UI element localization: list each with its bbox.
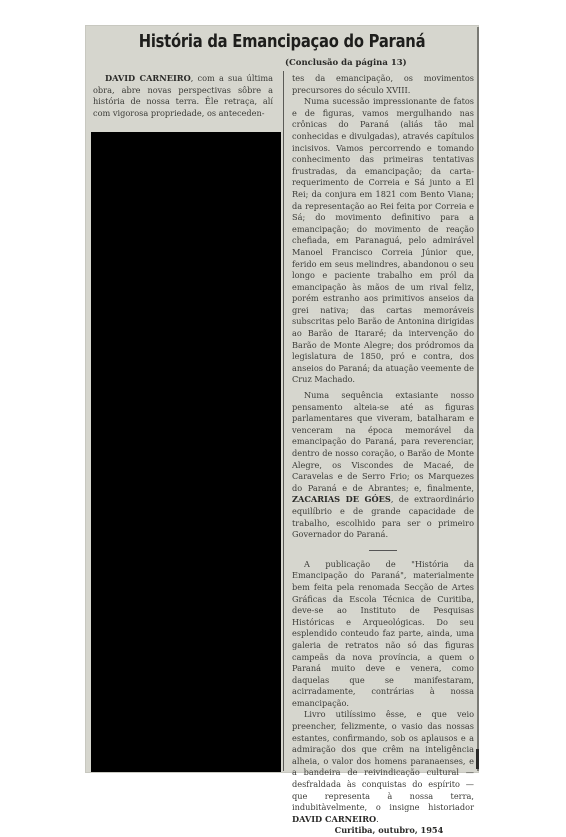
newspaper-clipping: História da Emancipaçao do Paraná (Concl… <box>85 25 479 773</box>
left-paragraph: DAVID CARNEIRO, com a sua última obra, a… <box>93 73 273 119</box>
continuation-note: (Conclusão da página 13) <box>285 58 407 68</box>
section-separator <box>369 550 397 551</box>
paragraph-1: tes da emancipação, os movimentos precur… <box>292 73 474 96</box>
paragraph-3: Numa sequência extasiante nosso pensamen… <box>292 390 474 541</box>
redaction-box <box>91 132 281 772</box>
paragraph-5-text: Livro utilíssimo êsse, e que veio preenc… <box>292 709 474 800</box>
author-name: DAVID CARNEIRO <box>105 73 191 83</box>
paragraph-4: A publicação de "História da Emancipação… <box>292 559 474 710</box>
article-title: História da Emancipaçao do Paraná <box>120 31 443 52</box>
page-right-border <box>477 27 479 771</box>
left-column: DAVID CARNEIRO, com a sua última obra, a… <box>93 73 273 119</box>
right-column: tes da emancipação, os movimentos precur… <box>292 73 474 800</box>
paragraph-2: Numa sucessão impressionante de fatos e … <box>292 96 474 386</box>
paragraph-5: Livro utilíssimo êsse, e que veio preenc… <box>292 709 474 800</box>
column-divider <box>283 71 284 771</box>
zacarias-name: ZACARIAS DE GÓES <box>292 494 391 504</box>
page-right-border-mark <box>476 749 479 769</box>
paragraph-3-text: Numa sequência extasiante nosso pensamen… <box>292 390 474 493</box>
